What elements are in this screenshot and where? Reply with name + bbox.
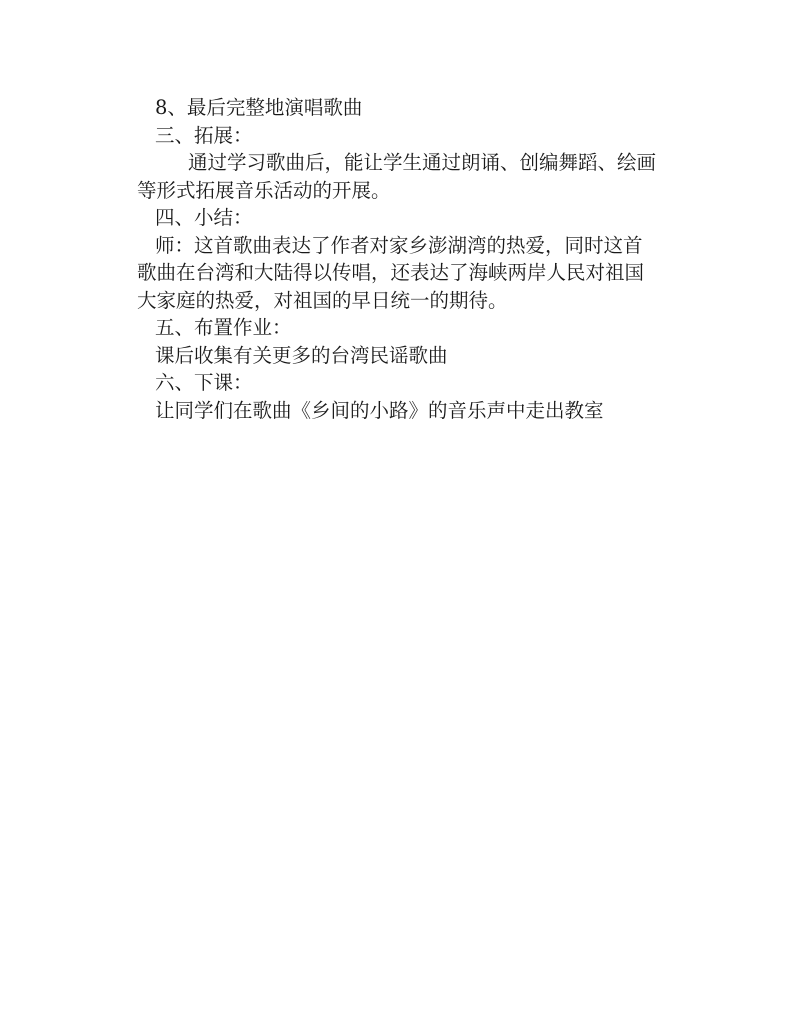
paragraph-line: 等形式拓展音乐活动的开展。 [137, 177, 697, 205]
paragraph-line: 歌曲在台湾和大陆得以传唱，还表达了海峡两岸人民对祖国 [137, 259, 697, 287]
paragraph-line: 师：这首歌曲表达了作者对家乡澎湖湾的热爱，同时这首 [137, 232, 697, 260]
section-heading-homework: 五、布置作业： [137, 314, 697, 342]
document-body: 8、最后完整地演唱歌曲 三、拓展： 通过学习歌曲后，能让学生通过朗诵、创编舞蹈、… [137, 94, 697, 424]
paragraph-line: 通过学习歌曲后，能让学生通过朗诵、创编舞蹈、绘画 [137, 149, 697, 177]
section-heading-dismissal: 六、下课： [137, 369, 697, 397]
section-heading-extension: 三、拓展： [137, 122, 697, 150]
section-heading-summary: 四、小结： [137, 204, 697, 232]
paragraph-line: 课后收集有关更多的台湾民谣歌曲 [137, 342, 697, 370]
paragraph-line: 让同学们在歌曲《乡间的小路》的音乐声中走出教室 [137, 397, 697, 425]
paragraph-line: 大家庭的热爱，对祖国的早日统一的期待。 [137, 287, 697, 315]
step-8-text: 8、最后完整地演唱歌曲 [137, 94, 697, 122]
